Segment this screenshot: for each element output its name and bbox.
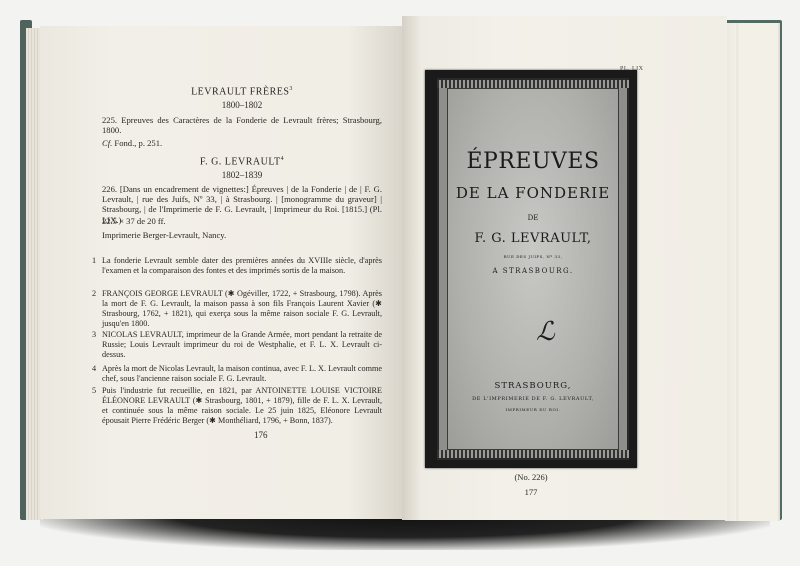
entry-226-printer: Imprimerie Berger-Levrault, Nancy. — [102, 230, 382, 240]
plate-image: ÉPREUVES DE LA FONDERIE DE F. G. LEVRAUL… — [425, 70, 637, 468]
footnote-3: 3 NICOLAS LEVRAULT, imprimeur de la Gran… — [92, 330, 382, 360]
entry-225-reference: Cf. Fond., p. 251. — [102, 138, 382, 148]
plate-city: A STRASBOURG. — [448, 267, 618, 275]
page-number-left: 176 — [254, 430, 268, 440]
entry-225: 225. Epreuves des Caractères de la Fonde… — [102, 115, 382, 135]
monogram-icon: ℒ — [536, 317, 555, 347]
greek-key-border-bottom — [437, 450, 629, 458]
section-heading-levrault-freres: LEVRAULT FRÈRES3 — [102, 84, 382, 98]
section-dates: 1802–1839 — [102, 170, 382, 180]
footnote-5: 5 Puis l'industrie fut recueillie, en 18… — [92, 386, 382, 426]
plate-name: F. G. LEVRAULT, — [448, 231, 618, 246]
page-edges-right — [725, 23, 780, 521]
greek-key-border-top — [437, 80, 629, 88]
plate-imprint: DE L'IMPRIMERIE DE F. G. LEVRAULT, — [448, 396, 618, 402]
title-page-reproduction: ÉPREUVES DE LA FONDERIE DE F. G. LEVRAUL… — [447, 88, 619, 450]
plate-address: RUE DES JUIFS, Nº 33, — [448, 254, 618, 259]
plate-title: ÉPREUVES — [448, 149, 618, 174]
footnote-1: 1 La fonderie Levrault semble dater des … — [92, 256, 382, 276]
entry-226-size: 22.5 × 37 de 20 ff. — [102, 216, 382, 226]
plate-imprint-title: IMPRIMEUR DU ROI. — [448, 407, 618, 412]
page-number-right: 177 — [425, 487, 637, 497]
plate-border: ÉPREUVES DE LA FONDERIE DE F. G. LEVRAUL… — [437, 78, 629, 460]
plate-imprint-city: STRASBOURG, — [448, 381, 618, 391]
plate-caption: (No. 226) — [425, 472, 637, 482]
plate-subtitle: DE LA FONDERIE — [448, 184, 618, 202]
section-dates: 1800–1802 — [102, 100, 382, 110]
section-heading-fg-levrault: F. G. LEVRAULT4 — [102, 154, 382, 168]
plate-text: DE — [448, 214, 618, 222]
footnote-2: 2 FRANÇOIS GEORGE LEVRAULT (✱ Ogéviller,… — [92, 289, 382, 329]
footnote-4: 4 Après la mort de Nicolas Levrault, la … — [92, 364, 382, 384]
